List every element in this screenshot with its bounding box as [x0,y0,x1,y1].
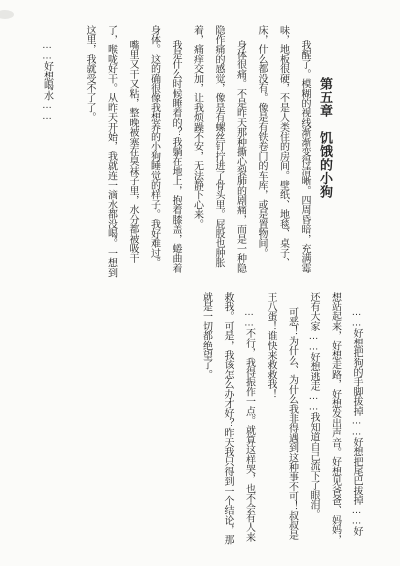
book-page: 第五章 饥饿的小狗 我醒了。模糊的视线渐渐变得清晰。四周昏暗，充满霉味，地板很硬… [0,0,400,566]
paragraph: 我是什么时候睡着的？我躺在地上，抱着膝盖，蜷曲着身体。这的确很像我想养的小狗睡觉… [143,25,186,278]
scan-artifact [0,10,14,19]
paragraph: 可恶！为什么、为什么我非得遇到这种事不可！叔叔是王八蛋！谁快来救救我！ [260,292,303,545]
paragraph: ……不行，我得振作一点。就算这样哭，也不会有人来救我。可是，我该怎么办才好？昨天… [195,292,260,545]
paragraph: 嘴里又干又粘，整晚被塞在臭袜子里，水分都被吸干了，喉咙好干。从昨天开始，我就连一… [79,25,144,278]
paragraph: ……好想把狗的手脚拔掉……好想把尾巴拔掉……好想站起来，好想走路，好想发出声音。… [303,292,368,545]
paragraph: 身体很痛。不是昨天那种撕心裂肺的剧痛，而是一种隐隐作痛的感觉，像是有螺丝钉拧进了… [186,25,251,278]
paragraph: ……好想喝水…… [36,25,58,278]
bottom-text-band: ……好想把狗的手脚拔掉……好想把尾巴拔掉……好想站起来，好想走路，好想发出声音。… [0,292,400,545]
chapter-title: 第五章 饥饿的小狗 [315,25,336,278]
paragraph: 我醒了。模糊的视线渐渐变得清晰。四周昏暗，充满霉味，地板很硬，不是人类住的房间。… [251,25,316,278]
top-text-band: 第五章 饥饿的小狗 我醒了。模糊的视线渐渐变得清晰。四周昏暗，充满霉味，地板很硬… [0,25,400,278]
